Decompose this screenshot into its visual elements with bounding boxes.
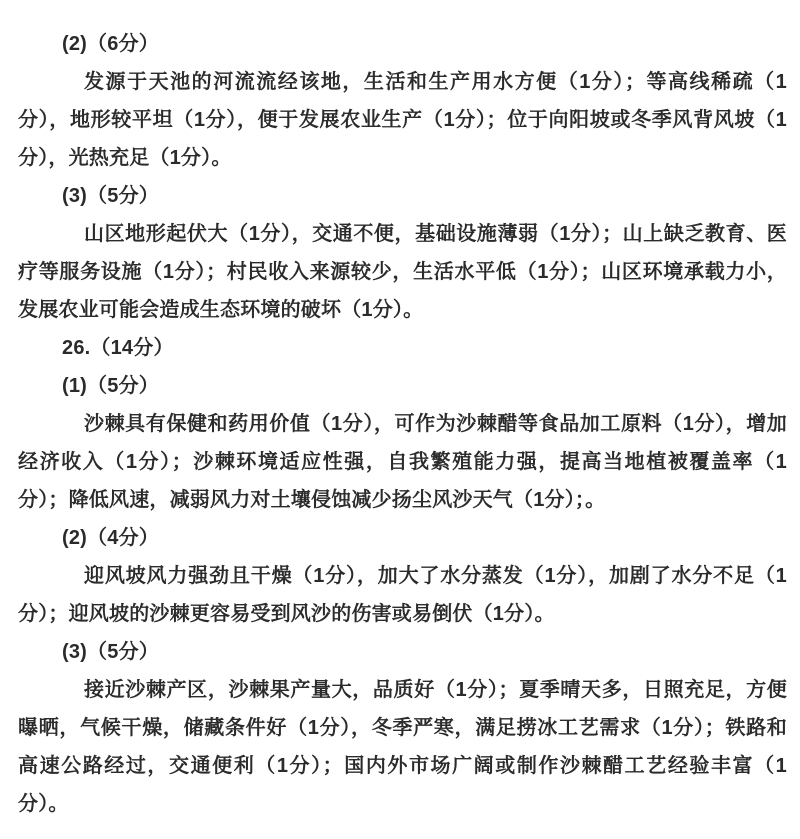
subquestion-2-heading: (2)（6分） [18, 25, 787, 63]
question-26-1-answer: 沙棘具有保健和药用价值（1分），可作为沙棘醋等食品加工原料（1分），增加经济收入… [18, 405, 787, 519]
question-26-1-heading: (1)（5分） [18, 367, 787, 405]
question-26-3-answer: 接近沙棘产区，沙棘果产量大，品质好（1分）；夏季晴天多，日照充足，方便曝晒，气候… [18, 671, 787, 823]
subquestion-2-answer: 发源于天池的河流流经该地，生活和生产用水方便（1分）；等高线稀疏（1分），地形较… [18, 63, 787, 177]
question-26-3-heading: (3)（5分） [18, 633, 787, 671]
question-26-2-answer: 迎风坡风力强劲且干燥（1分），加大了水分蒸发（1分），加剧了水分不足（1分）；迎… [18, 557, 787, 633]
question-26-heading: 26.（14分） [18, 329, 787, 367]
question-26-2-heading: (2)（4分） [18, 519, 787, 557]
answer-key-document-page: (2)（6分） 发源于天池的河流流经该地，生活和生产用水方便（1分）；等高线稀疏… [0, 0, 800, 839]
subquestion-3-answer: 山区地形起伏大（1分），交通不便，基础设施薄弱（1分）；山上缺乏教育、医疗等服务… [18, 215, 787, 329]
subquestion-3-heading: (3)（5分） [18, 177, 787, 215]
